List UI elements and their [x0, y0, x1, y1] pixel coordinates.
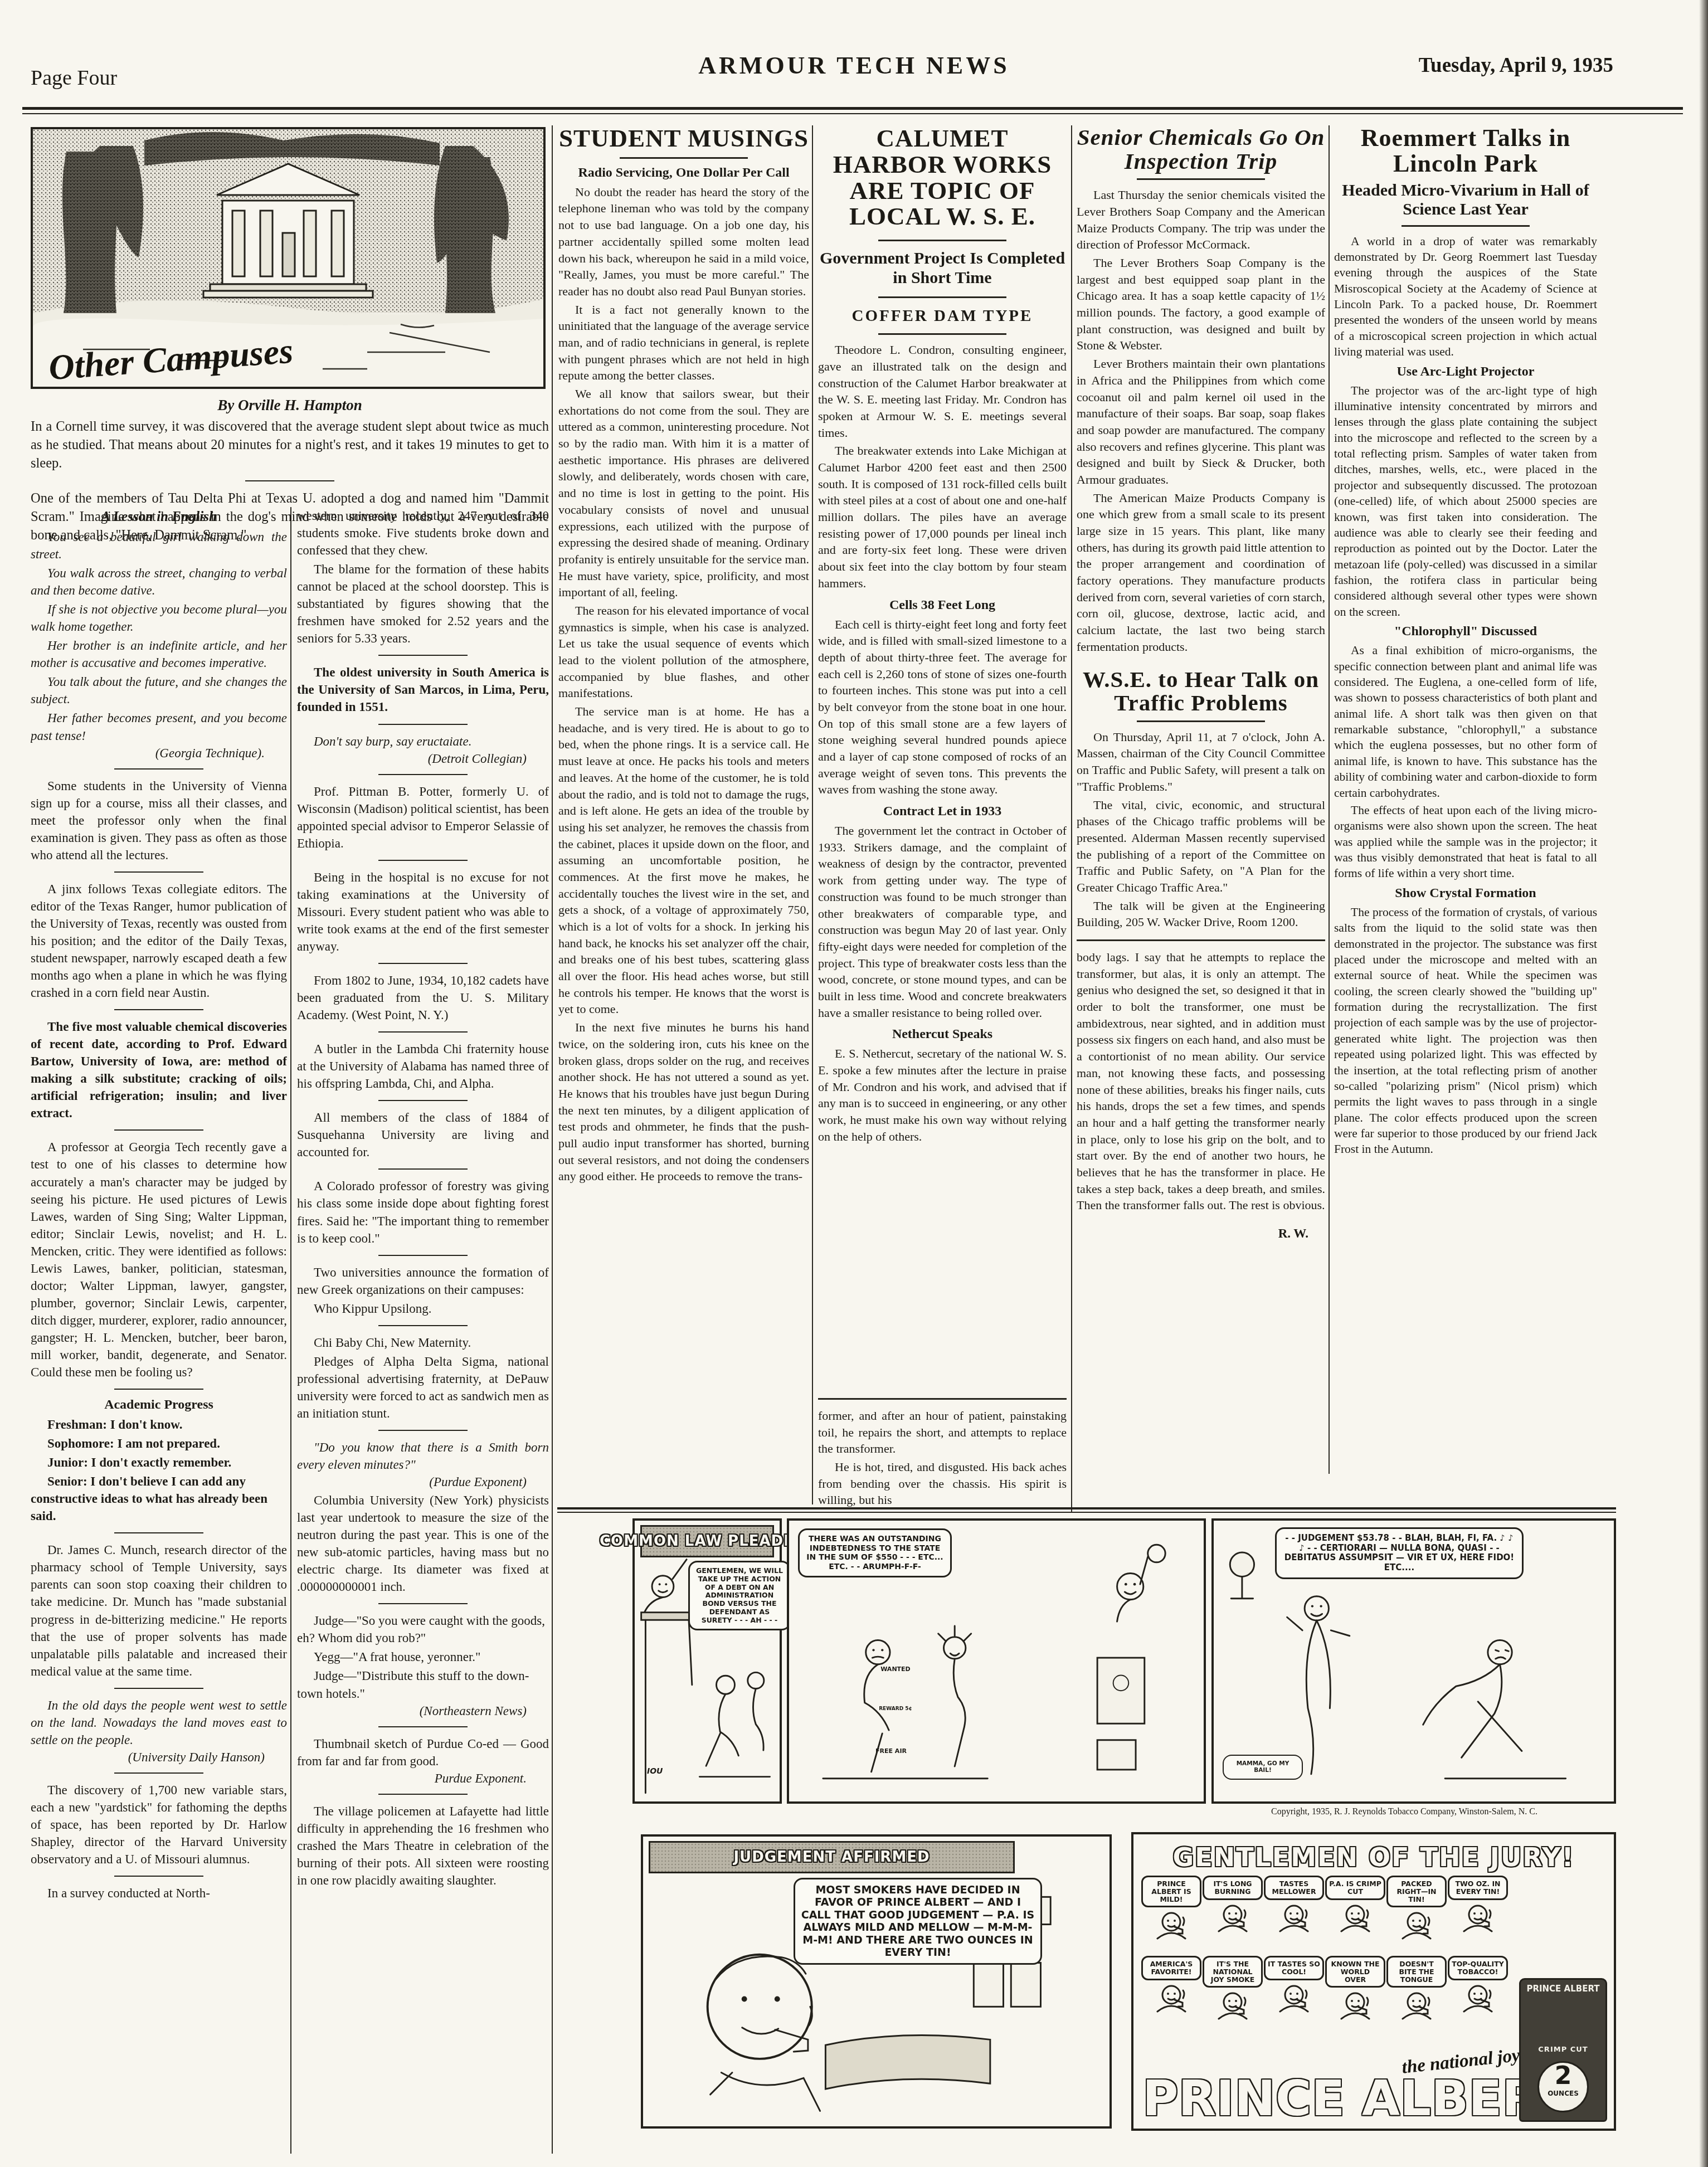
- ad-title: GENTLEMEN OF THE JURY!: [1133, 1842, 1614, 1872]
- tin-ounces-number: 2: [1539, 2063, 1587, 2090]
- paragraph: The breakwater extends into Lake Michiga…: [818, 442, 1067, 591]
- paragraph: former, and after an hour of patient, pa…: [818, 1408, 1067, 1457]
- juror-face: [1215, 1901, 1250, 1932]
- item-divider: [114, 1009, 203, 1010]
- item-divider: [114, 768, 203, 770]
- speech-bubble: MOST SMOKERS HAVE DECIDED IN FAVOR OF PR…: [794, 1878, 1042, 1965]
- paragraph: Senior: I don't believe I can add any co…: [31, 1473, 287, 1525]
- paragraph: All members of the class of 1884 of Susq…: [297, 1109, 549, 1161]
- paragraph: The Lever Brothers Soap Company is the l…: [1077, 255, 1325, 354]
- paragraph: The effects of heat upon each of the liv…: [1334, 802, 1597, 882]
- juror: P.A. IS CRIMP CUT: [1325, 1876, 1385, 1940]
- juror: IT'S THE NATIONAL JOY SMOKE: [1203, 1956, 1263, 2020]
- section-subhead: Use Arc-Light Projector: [1334, 364, 1597, 379]
- article-headline: STUDENT MUSINGS: [558, 125, 809, 152]
- issue-date: Tuesday, April 9, 1935: [1419, 53, 1613, 77]
- paragraph: A Colorado professor of forestry was giv…: [297, 1177, 549, 1246]
- speech-bubble: - - JUDGEMENT $53.78 - - BLAH, BLAH, FI,…: [1275, 1527, 1524, 1579]
- paragraph: Lever Brothers maintain their own planta…: [1077, 356, 1325, 488]
- paragraph: You walk across the street, changing to …: [31, 564, 287, 599]
- juror: DOESN'T BITE THE TONGUE: [1386, 1956, 1447, 2020]
- source-credit: (Purdue Exponent): [297, 1475, 527, 1489]
- item-divider: [378, 1325, 468, 1326]
- juror: IT'S LONG BURNING: [1203, 1876, 1263, 1940]
- paragraph: The projector was of the arc-light type …: [1334, 383, 1597, 620]
- juror-face: [1338, 1989, 1373, 2020]
- ad-title-text: GENTLEMEN OF THE JURY!: [1172, 1842, 1574, 1872]
- item-divider: [378, 1255, 468, 1256]
- brand-name: PRINCE ALBERT: [1142, 2074, 1499, 2123]
- paragraph: The vital, civic, economic, and structur…: [1077, 797, 1325, 896]
- headline-rule: [878, 240, 1006, 241]
- paragraph: In a survey conducted at North-: [31, 1884, 287, 1902]
- item-divider: [378, 774, 468, 775]
- paragraph: Junior: I don't exactly remember.: [31, 1454, 287, 1471]
- tin-ounces-word: OUNCES: [1539, 2090, 1587, 2097]
- article-headline: CALUMET HARBOR WORKS ARE TOPIC OF LOCAL …: [818, 125, 1067, 230]
- paragraph: Pledges of Alpha Delta Sigma, national p…: [297, 1353, 549, 1422]
- item-divider: [378, 1100, 468, 1101]
- speech-bubble: THERE WAS AN OUTSTANDING INDEBTEDNESS TO…: [798, 1528, 952, 1577]
- section-subhead: Contract Let in 1933: [818, 804, 1067, 819]
- item-divider: [114, 1688, 203, 1689]
- other-campuses-column-2: western university recently, 247 out of …: [297, 507, 549, 2154]
- speech-bubble: PACKED RIGHT—IN TIN!: [1386, 1876, 1447, 1907]
- paragraph: Chi Baby Chi, New Maternity.: [297, 1334, 549, 1351]
- paragraph: A butler in the Lambda Chi fraternity ho…: [297, 1040, 549, 1092]
- section-subhead: Academic Progress: [31, 1397, 287, 1413]
- speech-bubble: KNOWN THE WORLD OVER: [1325, 1956, 1385, 1988]
- item-divider: [378, 1726, 468, 1727]
- paragraph: In a Cornell time survey, it was discove…: [31, 417, 549, 473]
- jury-row: PRINCE ALBERT IS MILD! IT'S LONG BURNING…: [1141, 1876, 1508, 1940]
- section-subhead: A Lesson in English: [31, 509, 287, 525]
- item-divider: [378, 724, 468, 725]
- paragraph: On Thursday, April 11, at 7 o'clock, Joh…: [1077, 729, 1325, 795]
- juror: TASTES MELLOWER: [1264, 1876, 1324, 1940]
- paragraph: Sophomore: I am not prepared.: [31, 1435, 287, 1452]
- speech-bubble: TASTES MELLOWER: [1264, 1876, 1324, 1900]
- paragraph: The five most valuable chemical discover…: [31, 1018, 287, 1122]
- paragraph: A professor at Georgia Tech recently gav…: [31, 1138, 287, 1381]
- paragraph: In the next five minutes he burns his ha…: [558, 1019, 809, 1185]
- item-divider: [378, 655, 468, 656]
- item-divider: [245, 480, 334, 481]
- section-subhead: Radio Servicing, One Dollar Per Call: [558, 165, 809, 181]
- wanted-reward-label: REWARD 5¢: [873, 1706, 918, 1712]
- juror: PACKED RIGHT—IN TIN!: [1386, 1876, 1447, 1940]
- paragraph: western university recently, 247 out of …: [297, 507, 549, 559]
- paragraph: The blame for the formation of these hab…: [297, 561, 549, 647]
- juror-face: [1154, 1981, 1189, 2013]
- paragraph: We all know that sailors swear, but thei…: [558, 386, 809, 601]
- paragraph: In the old days the people went west to …: [31, 1697, 287, 1749]
- headline-rule: [1402, 225, 1530, 227]
- header-rule: [22, 113, 1683, 114]
- source-credit: (University Daily Hanson): [31, 1750, 265, 1765]
- paragraph: The reason for his elevated importance o…: [558, 602, 809, 702]
- student-musings-continuation: former, and after an hour of patient, pa…: [818, 1389, 1067, 1510]
- other-campuses-illustration: Other Campuses: [31, 127, 546, 389]
- paragraph: Each cell is thirty-eight feet long and …: [818, 616, 1067, 798]
- column-rule: [1071, 125, 1072, 1513]
- paragraph: Yegg—"A frat house, yeronner.": [297, 1648, 549, 1666]
- speech-bubble: TWO OZ. IN EVERY TIN!: [1448, 1876, 1508, 1900]
- prince-albert-ad: GENTLEMEN OF THE JURY! PRINCE ALBERT IS …: [1131, 1832, 1616, 2131]
- paragraph: The American Maize Products Company is o…: [1077, 490, 1325, 655]
- speech-bubble: IT'S LONG BURNING: [1203, 1876, 1263, 1900]
- speech-bubble: GENTLEMEN, WE WILL TAKE UP THE ACTION OF…: [688, 1561, 791, 1630]
- paragraph: "Do you know that there is a Smith born …: [297, 1439, 549, 1473]
- item-divider: [114, 1532, 203, 1533]
- paragraph: As a final exhibition of micro-organisms…: [1334, 642, 1597, 801]
- source-credit: (Detroit Collegian): [297, 752, 527, 766]
- paragraph: Freshman: I don't know.: [31, 1416, 287, 1433]
- speech-bubble: PRINCE ALBERT IS MILD!: [1141, 1876, 1201, 1907]
- article-student-musings: STUDENT MUSINGS Radio Servicing, One Dol…: [558, 125, 809, 1504]
- paragraph: The process of the formation of crystals…: [1334, 904, 1597, 1157]
- continuation-rule: [818, 1398, 1067, 1400]
- item-divider: [378, 963, 468, 964]
- headline-rule: [878, 296, 1006, 298]
- column-rule: [812, 125, 813, 1504]
- source-credit: Purdue Exponent.: [297, 1771, 527, 1786]
- speech-bubble: IT'S THE NATIONAL JOY SMOKE: [1203, 1956, 1263, 1988]
- item-divider: [114, 871, 203, 873]
- paragraph: A world in a drop of water was remarkabl…: [1334, 233, 1597, 360]
- juror: TOP-QUALITY TOBACCO!: [1448, 1956, 1508, 2020]
- item-divider: [378, 1031, 468, 1033]
- author-initials: R. W.: [1077, 1226, 1325, 1241]
- paragraph: Her brother is an indefinite article, an…: [31, 637, 287, 671]
- paragraph: Her father becomes present, and you beco…: [31, 709, 287, 744]
- column-rule: [552, 125, 553, 2154]
- article-deck: Government Project Is Completed in Short…: [818, 249, 1067, 288]
- article-kicker: COFFER DAM TYPE: [818, 307, 1067, 325]
- speech-bubble: TOP-QUALITY TOBACCO!: [1448, 1956, 1508, 1980]
- paragraph: If she is not objective you become plura…: [31, 601, 287, 635]
- paragraph: You see a beautiful girl walking down th…: [31, 528, 287, 563]
- paragraph: From 1802 to June, 1934, 10,182 cadets h…: [297, 972, 549, 1024]
- article-senior-chemicals: Senior Chemicals Go On Inspection Trip L…: [1077, 125, 1325, 1513]
- paragraph: The village policemen at Lafayette had l…: [297, 1803, 549, 1889]
- article-calumet-harbor: CALUMET HARBOR WORKS ARE TOPIC OF LOCAL …: [818, 125, 1067, 1510]
- paragraph: Theodore L. Condron, consulting engineer…: [818, 342, 1067, 441]
- source-credit: (Georgia Technique).: [31, 746, 265, 761]
- speech-bubble: P.A. IS CRIMP CUT: [1325, 1876, 1385, 1900]
- wanted-poster-label: WANTED: [873, 1664, 918, 1674]
- item-divider: [114, 1389, 203, 1390]
- comic-panel-common-law-3: - - JUDGEMENT $53.78 - - BLAH, BLAH, FI,…: [1211, 1518, 1616, 1804]
- headline-rule: [620, 157, 748, 159]
- header-rule: [22, 107, 1683, 110]
- item-divider: [378, 1603, 468, 1604]
- paragraph: Columbia University (New York) physicist…: [297, 1492, 549, 1595]
- speech-bubble: DOESN'T BITE THE TONGUE: [1386, 1956, 1447, 1988]
- paragraph: Who Kippur Upsilong.: [297, 1300, 549, 1317]
- section-subhead: "Chlorophyll" Discussed: [1334, 624, 1597, 639]
- headline-rule: [1137, 720, 1265, 722]
- item-divider: [378, 1168, 468, 1170]
- column-rule: [290, 507, 291, 2154]
- juror-face: [1277, 1901, 1311, 1932]
- section-subhead: Cells 38 Feet Long: [818, 598, 1067, 613]
- paragraph: The talk will be given at the Engineerin…: [1077, 898, 1325, 931]
- other-campuses-column-1: A Lesson in English You see a beautiful …: [31, 507, 287, 2154]
- newspaper-page: Page Four ARMOUR TECH NEWS Tuesday, Apri…: [0, 0, 1708, 2167]
- juror-face: [1338, 1901, 1373, 1932]
- jury-row: AMERICA'S FAVORITE! IT'S THE NATIONAL JO…: [1141, 1956, 1508, 2020]
- juror: KNOWN THE WORLD OVER: [1325, 1956, 1385, 2020]
- speech-bubble: MAMMA, GO MY BAIL!: [1223, 1755, 1303, 1780]
- paragraph: Two universities announce the formation …: [297, 1264, 549, 1298]
- paragraph: Don't say burp, say eructaiate.: [297, 733, 549, 750]
- juror: IT TASTES SO COOL!: [1264, 1956, 1324, 2020]
- source-credit: (Northeastern News): [297, 1704, 527, 1718]
- comic-panel-judgement-affirmed: JUDGEMENT AFFIRMED MOST SMOKERS HAVE DEC…: [641, 1834, 1112, 2129]
- byline: By Orville H. Hampton: [31, 397, 549, 414]
- item-divider: [114, 1876, 203, 1877]
- speech-bubble: IT TASTES SO COOL!: [1264, 1956, 1324, 1980]
- juror: TWO OZ. IN EVERY TIN!: [1448, 1876, 1508, 1940]
- iou-note: IOU: [643, 1766, 667, 1777]
- paragraph: Judge—"So you were caught with the goods…: [297, 1612, 549, 1647]
- paragraph: Being in the hospital is no excuse for n…: [297, 869, 549, 955]
- headline-rule: [878, 333, 1006, 335]
- speech-bubble: AMERICA'S FAVORITE!: [1141, 1956, 1201, 1980]
- paragraph: Some students in the University of Vienn…: [31, 777, 287, 864]
- paragraph: Dr. James C. Munch, research director of…: [31, 1541, 287, 1679]
- paragraph: E. S. Nethercut, secretary of the nation…: [818, 1045, 1067, 1145]
- scan-edge-artifact: [1699, 0, 1708, 2167]
- item-divider: [378, 1794, 468, 1795]
- juror-face: [1399, 1908, 1434, 1940]
- juror-face: [1277, 1981, 1311, 2013]
- tobacco-tin: PRINCE ALBERT CRIMP CUT 2 OUNCES: [1519, 1978, 1607, 2122]
- juror-face: [1461, 1981, 1495, 2013]
- juror-face: [1399, 1989, 1434, 2020]
- item-divider: [378, 1430, 468, 1431]
- tin-label: PRINCE ALBERT: [1523, 1984, 1603, 1994]
- paragraph: The service man is at home. He has a hea…: [558, 703, 809, 1017]
- item-divider: [378, 860, 468, 861]
- paragraph: body lags. I say that he attempts to rep…: [1077, 949, 1325, 1214]
- article-headline: Senior Chemicals Go On Inspection Trip: [1077, 125, 1325, 173]
- section-subhead: Nethercut Speaks: [818, 1027, 1067, 1042]
- section-subhead: Show Crystal Formation: [1334, 886, 1597, 901]
- tin-cut-label: CRIMP CUT: [1521, 2046, 1605, 2054]
- item-divider: [114, 1772, 203, 1774]
- article-other-campuses: Other Campuses By Orville H. Hampton In …: [31, 127, 549, 546]
- juror-face: [1215, 1989, 1250, 2020]
- juror-face: [1461, 1901, 1495, 1932]
- comic-panel-common-law-1: COMMON LAW PLEADING GENTLEMEN, WE WILL T…: [632, 1518, 782, 1804]
- paragraph: The discovery of 1,700 new variable star…: [31, 1781, 287, 1868]
- article-headline: Roemmert Talks in Lincoln Park: [1334, 125, 1597, 177]
- paragraph: The government let the contract in Octob…: [818, 822, 1067, 1021]
- juror: AMERICA'S FAVORITE!: [1141, 1956, 1201, 2020]
- juror: PRINCE ALBERT IS MILD!: [1141, 1876, 1201, 1940]
- article-deck: Headed Micro-Vivarium in Hall of Science…: [1334, 181, 1597, 220]
- continuation-rule: [1077, 939, 1325, 941]
- paragraph: Thumbnail sketch of Purdue Co-ed — Good …: [297, 1735, 549, 1770]
- column-rule: [1329, 125, 1330, 1474]
- tin-ounces-disc: 2 OUNCES: [1537, 2061, 1589, 2112]
- paragraph: It is a fact not generally known to the …: [558, 301, 809, 384]
- comic-panel-common-law-2: THERE WAS AN OUTSTANDING INDEBTEDNESS TO…: [787, 1518, 1206, 1804]
- paragraph: Judge—"Distribute this stuff to the down…: [297, 1667, 549, 1702]
- headline-rule: [1137, 178, 1265, 180]
- item-divider: [114, 1129, 203, 1131]
- article-headline: W.S.E. to Hear Talk on Traffic Problems: [1077, 668, 1325, 715]
- article-roemmert: Roemmert Talks in Lincoln Park Headed Mi…: [1334, 125, 1597, 1474]
- paragraph: You talk about the future, and she chang…: [31, 673, 287, 708]
- juror-face: [1154, 1908, 1189, 1940]
- paragraph: He is hot, tired, and disgusted. His bac…: [818, 1459, 1067, 1508]
- paragraph: Prof. Pittman B. Potter, formerly U. of …: [297, 783, 549, 852]
- ad-copyright: Copyright, 1935, R. J. Reynolds Tobacco …: [1193, 1807, 1616, 1817]
- paragraph: Last Thursday the senior chemicals visit…: [1077, 187, 1325, 253]
- paragraph: No doubt the reader has heard the story …: [558, 184, 809, 300]
- paragraph: The oldest university in South America i…: [297, 664, 549, 715]
- brand-block: the national joy smoke! PRINCE ALBERT: [1142, 2074, 1499, 2123]
- free-air-sign: FREE AIR: [874, 1746, 908, 1756]
- paragraph: A jinx follows Texas collegiate editors.…: [31, 880, 287, 1001]
